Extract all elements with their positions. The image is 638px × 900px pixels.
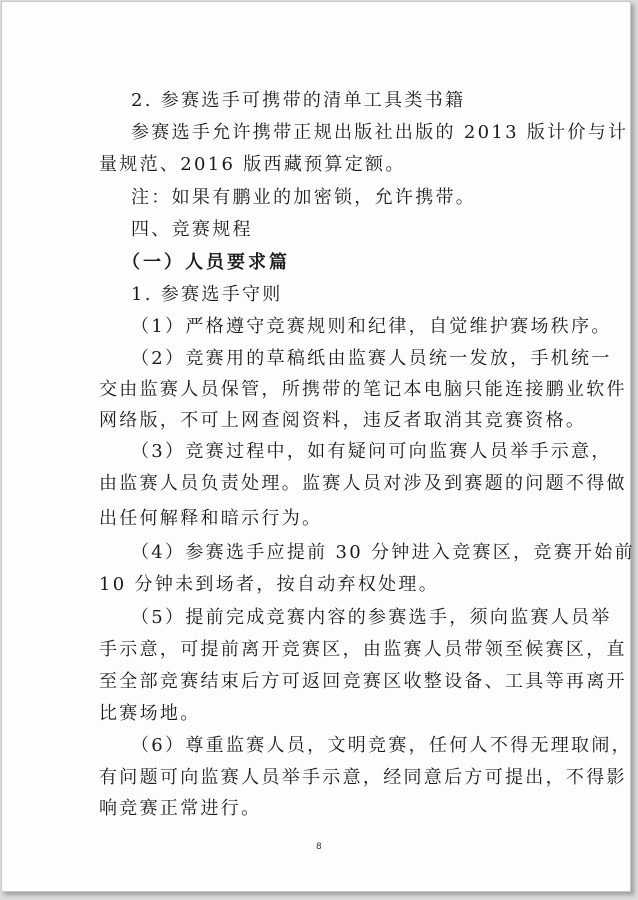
- text-line: 1. 参赛选手守则: [131, 284, 283, 306]
- text-line: 至全部竞赛结束后方可返回竞赛区收整设备、工具等再离开: [99, 671, 627, 693]
- text-line: 交由监赛人员保管，所携带的笔记本电脑只能连接鹏业软件: [99, 379, 627, 401]
- page-number: 8: [316, 842, 322, 852]
- section-heading: （一）人员要求篇: [122, 252, 290, 274]
- text-line: 注：如果有鹏业的加密锁，允许携带。: [131, 187, 476, 209]
- text-line: 出任何解释和暗示行为。: [99, 508, 322, 530]
- text-line: 参赛选手允许携带正规出版社出版的 2013 版计价与计: [131, 122, 628, 144]
- text-line: （1）严格遵守竞赛规则和纪律，自觉维护赛场秩序。: [131, 316, 612, 338]
- text-line: （4）参赛选手应提前 30 分钟进入竞赛区，竞赛开始前: [131, 542, 635, 564]
- text-line: 手示意，可提前离开竞赛区，由监赛人员带领至候赛区，直: [99, 639, 627, 661]
- text-line: （5）提前完成竞赛内容的参赛选手，须向监赛人员举: [131, 607, 612, 629]
- text-line: 2. 参赛选手可携带的清单工具类书籍: [131, 90, 465, 112]
- text-line: 有问题可向监赛人员举手示意，经同意后方可提出，不得影: [99, 767, 627, 789]
- text-line: 10 分钟未到场者，按自动弃权处理。: [99, 574, 439, 596]
- text-line: 网络版，不可上网查阅资料，违反者取消其竞赛资格。: [99, 410, 586, 432]
- text-line: （6）尊重监赛人员，文明竞赛，任何人不得无理取闹，: [131, 735, 632, 757]
- document-page: 2. 参赛选手可携带的清单工具类书籍参赛选手允许携带正规出版社出版的 2013 …: [1, 1, 631, 892]
- text-line: 量规范、2016 版西藏预算定额。: [99, 154, 406, 176]
- text-line: 比赛场地。: [99, 703, 201, 725]
- text-line: 由监赛人员负责处理。监赛人员对涉及到赛题的问题不得做: [99, 473, 627, 495]
- text-line: 响竞赛正常进行。: [99, 798, 261, 820]
- text-line: 四、竞赛规程: [131, 219, 253, 241]
- text-line: （2）竞赛用的草稿纸由监赛人员统一发放，手机统一: [131, 348, 612, 370]
- text-line: （3）竞赛过程中，如有疑问可向监赛人员举手示意，: [131, 441, 612, 463]
